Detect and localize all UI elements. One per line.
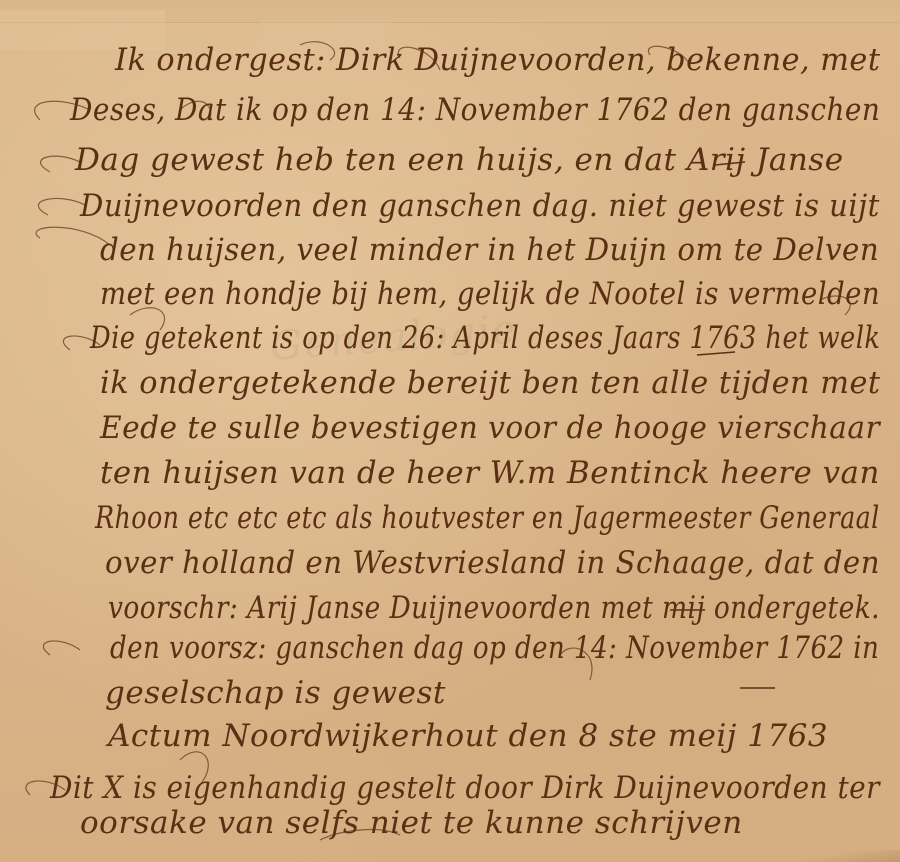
text-line-4: Duijnevoorden den ganschen dag. niet gew… — [80, 188, 880, 224]
text-line-14: den voorsz: ganschen dag op den 14: Nove… — [110, 630, 879, 666]
text-line-15: geselschap is gewest — [105, 675, 446, 711]
text-line-18: oorsake van selfs niet te kunne schrijve… — [80, 805, 743, 841]
text-line-3: Dag gewest heb ten een huijs, en dat Ari… — [75, 142, 844, 178]
text-line-10: ten huijsen van de heer W.m Bentinck hee… — [100, 455, 880, 491]
text-line-2: Deses, Dat ik op den 14: November 1762 d… — [70, 92, 880, 128]
text-line-16: Actum Noordwijkerhout den 8 ste meij 176… — [108, 718, 828, 754]
text-line-7: Die getekent is op den 26: April deses J… — [90, 320, 880, 356]
text-line-1: Ik ondergest: Dirk Duijnevoorden, bekenn… — [115, 42, 880, 78]
text-line-11: Rhoon etc etc etc als houtvester en Jage… — [95, 500, 880, 536]
text-line-17: Dit X is eigenhandig gestelt door Dirk D… — [50, 770, 880, 806]
text-line-6: met een hondje bij hem, gelijk de Nootel… — [100, 276, 880, 312]
text-line-13: voorschr: Arij Janse Duijnevoorden met m… — [108, 590, 880, 626]
page-bottom-shadow — [780, 850, 900, 862]
text-line-12: over holland en Westvriesland in Schaage… — [105, 545, 880, 581]
text-line-9: Eede te sulle bevestigen voor de hooge v… — [100, 410, 880, 446]
text-line-8: ik ondergetekende bereijt ben ten alle t… — [100, 365, 881, 401]
text-line-5: den huijsen, veel minder in het Duijn om… — [100, 232, 879, 268]
manuscript-page: Genealogie Ik ondergest: Di — [0, 0, 900, 862]
